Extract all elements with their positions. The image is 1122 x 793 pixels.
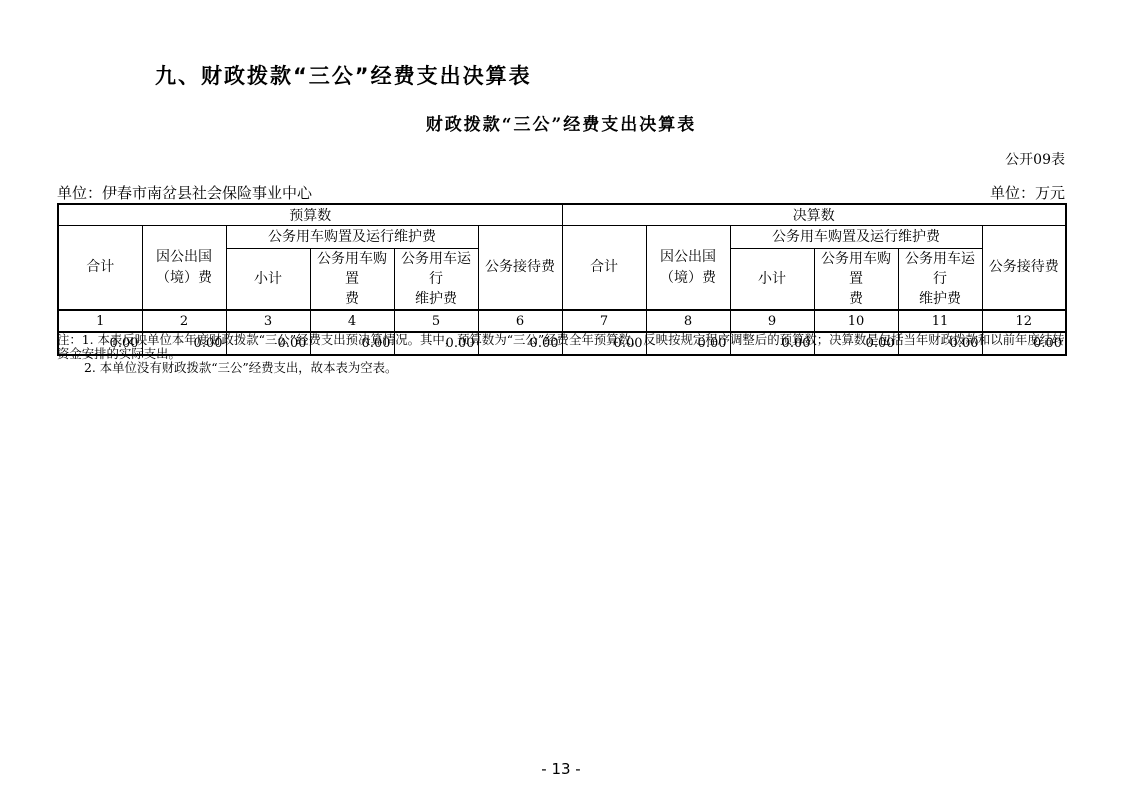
table-title: 财政拨款“三公”经费支出决算表 (57, 110, 1065, 135)
note-1: 注：1. 本表反映单位本年度财政拨款“三公”经费支出预决算情况。其中，预算数为“… (57, 333, 1067, 361)
page-number: - 13 - (0, 760, 1122, 778)
header-vehicle-subtotal-budget: 小计 (226, 249, 310, 311)
header-vehicle-maintenance-final: 公务用车运行 维护费 (898, 249, 982, 311)
column-number-row: 1 2 3 4 5 6 7 8 9 10 11 12 (58, 310, 1066, 332)
column-number-cell: 12 (982, 310, 1066, 332)
header-reception-budget: 公务接待费 (478, 226, 562, 311)
document-page: 九、财政拨款“三公”经费支出决算表 财政拨款“三公”经费支出决算表 公开09表 … (0, 0, 1122, 793)
column-number-cell: 1 (58, 310, 142, 332)
form-code: 公开09表 (57, 149, 1065, 169)
header-vehicle-group-final: 公务用车购置及运行维护费 (730, 226, 982, 249)
table-notes: 注：1. 本表反映单位本年度财政拨款“三公”经费支出预决算情况。其中，预算数为“… (57, 333, 1067, 375)
header-vehicle-maintenance-budget: 公务用车运行 维护费 (394, 249, 478, 311)
header-vehicle-group-budget: 公务用车购置及运行维护费 (226, 226, 478, 249)
column-number-cell: 9 (730, 310, 814, 332)
column-number-cell: 4 (310, 310, 394, 332)
main-header-row: 合计 因公出国 （境）费 公务用车购置及运行维护费 公务接待费 合计 因公出国 … (58, 226, 1066, 249)
column-number-cell: 8 (646, 310, 730, 332)
header-vehicle-purchase-final: 公务用车购置 费 (814, 249, 898, 311)
header-total-final: 合计 (562, 226, 646, 311)
header-final-group: 决算数 (562, 204, 1066, 226)
header-vehicle-purchase-budget: 公务用车购置 费 (310, 249, 394, 311)
header-total-budget: 合计 (58, 226, 142, 311)
table-meta-row: 单位：伊春市南岔县社会保险事业中心 单位：万元 (57, 182, 1065, 203)
column-number-cell: 7 (562, 310, 646, 332)
column-number-cell: 2 (142, 310, 226, 332)
column-number-cell: 6 (478, 310, 562, 332)
header-reception-final: 公务接待费 (982, 226, 1066, 311)
header-abroad-budget: 因公出国 （境）费 (142, 226, 226, 311)
column-number-cell: 10 (814, 310, 898, 332)
unit-measure-label: 单位：万元 (990, 182, 1065, 203)
note-2: 2. 本单位没有财政拨款“三公”经费支出，故本表为空表。 (57, 361, 1067, 375)
section-title: 九、财政拨款“三公”经费支出决算表 (155, 60, 532, 90)
header-vehicle-subtotal-final: 小计 (730, 249, 814, 311)
column-number-cell: 11 (898, 310, 982, 332)
group-header-row: 预算数 决算数 (58, 204, 1066, 226)
header-budget-group: 预算数 (58, 204, 562, 226)
unit-name-label: 单位：伊春市南岔县社会保险事业中心 (57, 182, 312, 203)
column-number-cell: 3 (226, 310, 310, 332)
header-abroad-final: 因公出国 （境）费 (646, 226, 730, 311)
column-number-cell: 5 (394, 310, 478, 332)
